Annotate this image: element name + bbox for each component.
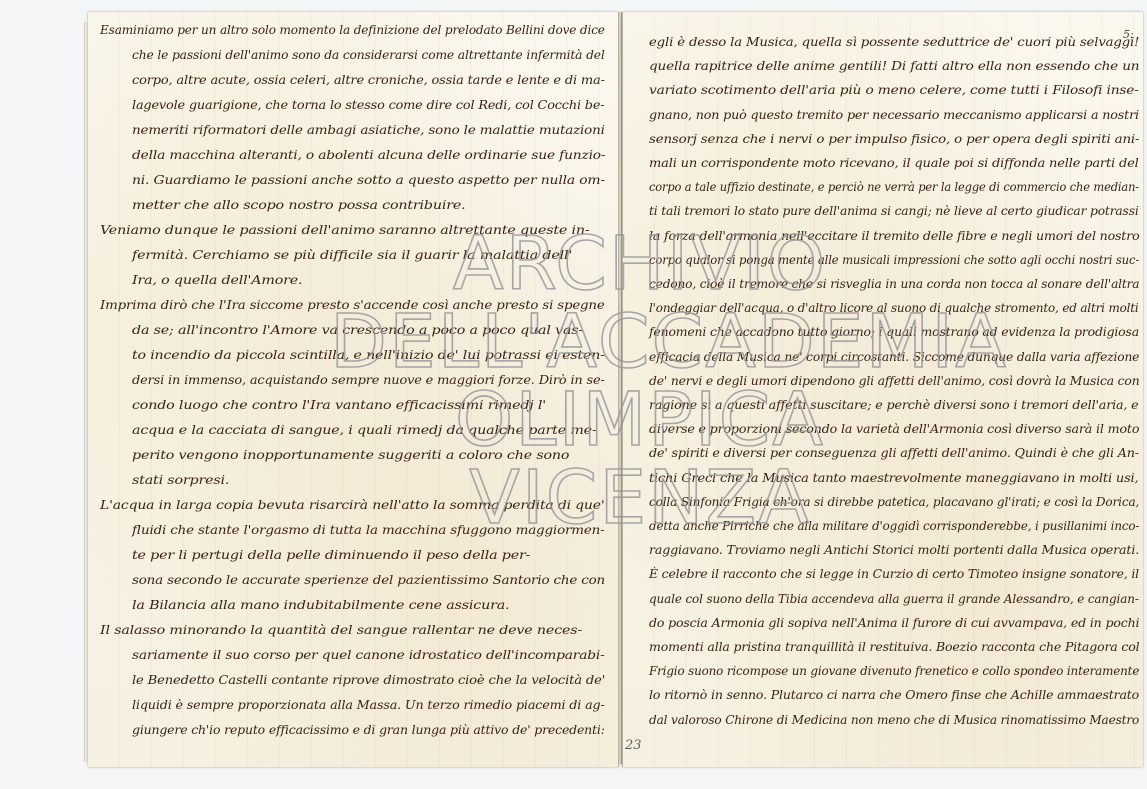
- manuscript-line: to incendio da piccola scintilla, e nell…: [132, 347, 605, 362]
- manuscript-line: corpo qualor si ponga mente alle musical…: [649, 252, 1139, 267]
- manuscript-line: da se; all'incontro l'Amore va crescendo…: [132, 322, 583, 337]
- manuscript-line: de' nervi e degli umori dipendono gli af…: [649, 373, 1139, 388]
- manuscript-line: fenomeni che accadono tutto giorno; i qu…: [649, 324, 1139, 339]
- manuscript-line: lagevole guarigione, che torna lo stesso…: [132, 97, 604, 112]
- manuscript-line: sona secondo le accurate sperienze del p…: [132, 572, 605, 587]
- manuscript-line: gnano, non può questo tremito per necess…: [649, 107, 1139, 122]
- manuscript-line: Frigio suono ricompose un giovane divenu…: [649, 663, 1139, 678]
- left-page: Esaminiamo per un altro solo momento la …: [88, 12, 619, 767]
- manuscript-line: l'ondeggiar dell'acqua, o d'altro licore…: [649, 300, 1139, 315]
- manuscript-line: la forza dell'armonia nell'eccitare il t…: [649, 228, 1139, 243]
- manuscript-line: Esaminiamo per un altro solo momento la …: [100, 22, 605, 37]
- manuscript-line: colla Sinfonia Frigia ch'ora si direbbe …: [649, 494, 1139, 509]
- manuscript-line: de' spiriti e diversi per conseguenza gl…: [649, 445, 1139, 460]
- manuscript-line: È celebre il racconto che si legge in Cu…: [649, 566, 1139, 581]
- manuscript-line: dal valoroso Chirone di Medicina non men…: [649, 712, 1139, 727]
- manuscript-line: sariamente il suo corso per quel canone …: [132, 647, 605, 662]
- manuscript-line: che le passioni dell'animo sono da consi…: [132, 47, 605, 62]
- manuscript-line: te per li pertugi della pelle diminuendo…: [132, 547, 530, 562]
- manuscript-line: detta anche Pirriche che alla militare d…: [649, 518, 1139, 533]
- manuscript-line: della macchina alteranti, o abolenti alc…: [132, 147, 605, 162]
- manuscript-line: momenti alla pristina tranquillità il re…: [649, 639, 1139, 654]
- manuscript-line: nemeriti riformatori delle ambagi asiati…: [132, 122, 605, 137]
- manuscript-line: stati sorpresi.: [132, 472, 229, 487]
- manuscript-line: mali un corrispondente moto ricevano, il…: [649, 155, 1139, 170]
- right-page-text: egli è desso la Musica, quella sì possen…: [623, 12, 1143, 767]
- left-page-text: Esaminiamo per un altro solo momento la …: [88, 12, 618, 767]
- manuscript-line: tichi Greci che la Musica tanto maestrev…: [649, 470, 1139, 485]
- manuscript-line: egli è desso la Musica, quella sì possen…: [649, 34, 1139, 49]
- manuscript-line: acqua e la cacciata di sangue, i quali r…: [132, 422, 597, 437]
- manuscript-line: dersi in immenso, acquistando sempre nuo…: [132, 372, 605, 387]
- manuscript-line: quella rapitrice delle anime gentili! Di…: [649, 58, 1139, 73]
- manuscript-line: L'acqua in larga copia bevuta risarcirà …: [100, 497, 605, 512]
- manuscript-line: giungere ch'io reputo efficacissimo e di…: [132, 722, 605, 737]
- manuscript-scan: Esaminiamo per un altro solo momento la …: [0, 0, 1147, 789]
- manuscript-line: liquidi è sempre proporzionata alla Mass…: [132, 697, 605, 712]
- manuscript-line: la Bilancia alla mano indubitabilmente c…: [132, 597, 509, 612]
- manuscript-line: sensorj senza che i nervi o per impulso …: [649, 131, 1139, 146]
- manuscript-line: fluidi che stante l'orgasmo di tutta la …: [132, 522, 605, 537]
- manuscript-line: corpo a tale uffizio destinate, e perciò…: [649, 179, 1139, 194]
- manuscript-line: do poscia Armonia gli sopiva nell'Anima …: [649, 615, 1139, 630]
- manuscript-line: Ira, o quella dell'Amore.: [132, 272, 302, 287]
- manuscript-line: le Benedetto Castelli contante riprove d…: [132, 672, 605, 687]
- manuscript-line: Veniamo dunque le passioni dell'animo sa…: [100, 222, 590, 237]
- manuscript-line: ragione sì a questi affetti suscitare; e…: [649, 397, 1139, 412]
- manuscript-line: corpo, altre acute, ossia celeri, altre …: [132, 72, 605, 87]
- manuscript-line: Il salasso minorando la quantità del san…: [100, 622, 582, 637]
- manuscript-line: cedono, cioè il tremore che si risveglia…: [649, 276, 1139, 291]
- manuscript-line: Imprima dirò che l'Ira siccome presto s'…: [100, 297, 605, 312]
- manuscript-line: lo ritornò in senno. Plutarco ci narra c…: [649, 687, 1139, 702]
- manuscript-line: ti tali tremori lo stato pure dell'anima…: [649, 203, 1139, 218]
- manuscript-line: efficacia della Musica ne' corpi circost…: [649, 349, 1139, 364]
- manuscript-line: diverse e proporzioni secondo la varietà…: [649, 421, 1139, 436]
- manuscript-line: fermità. Cerchiamo se più difficile sia …: [132, 247, 572, 262]
- manuscript-line: quale col suono della Tibia accendeva al…: [649, 591, 1139, 606]
- archive-number: 23: [625, 738, 642, 753]
- manuscript-line: variato scotimento dell'aria più o meno …: [649, 82, 1139, 97]
- manuscript-line: raggiavano. Troviamo negli Antichi Stori…: [649, 542, 1139, 557]
- manuscript-line: ni. Guardiamo le passioni anche sotto a …: [132, 172, 605, 187]
- manuscript-line: condo luogo che contro l'Ira vantano eff…: [132, 397, 546, 412]
- manuscript-line: metter che allo scopo nostro possa contr…: [132, 197, 466, 212]
- right-page: 5: egli è desso la Musica, quella sì pos…: [622, 12, 1143, 767]
- manuscript-line: perito vengono inopportunamente suggerit…: [132, 447, 569, 462]
